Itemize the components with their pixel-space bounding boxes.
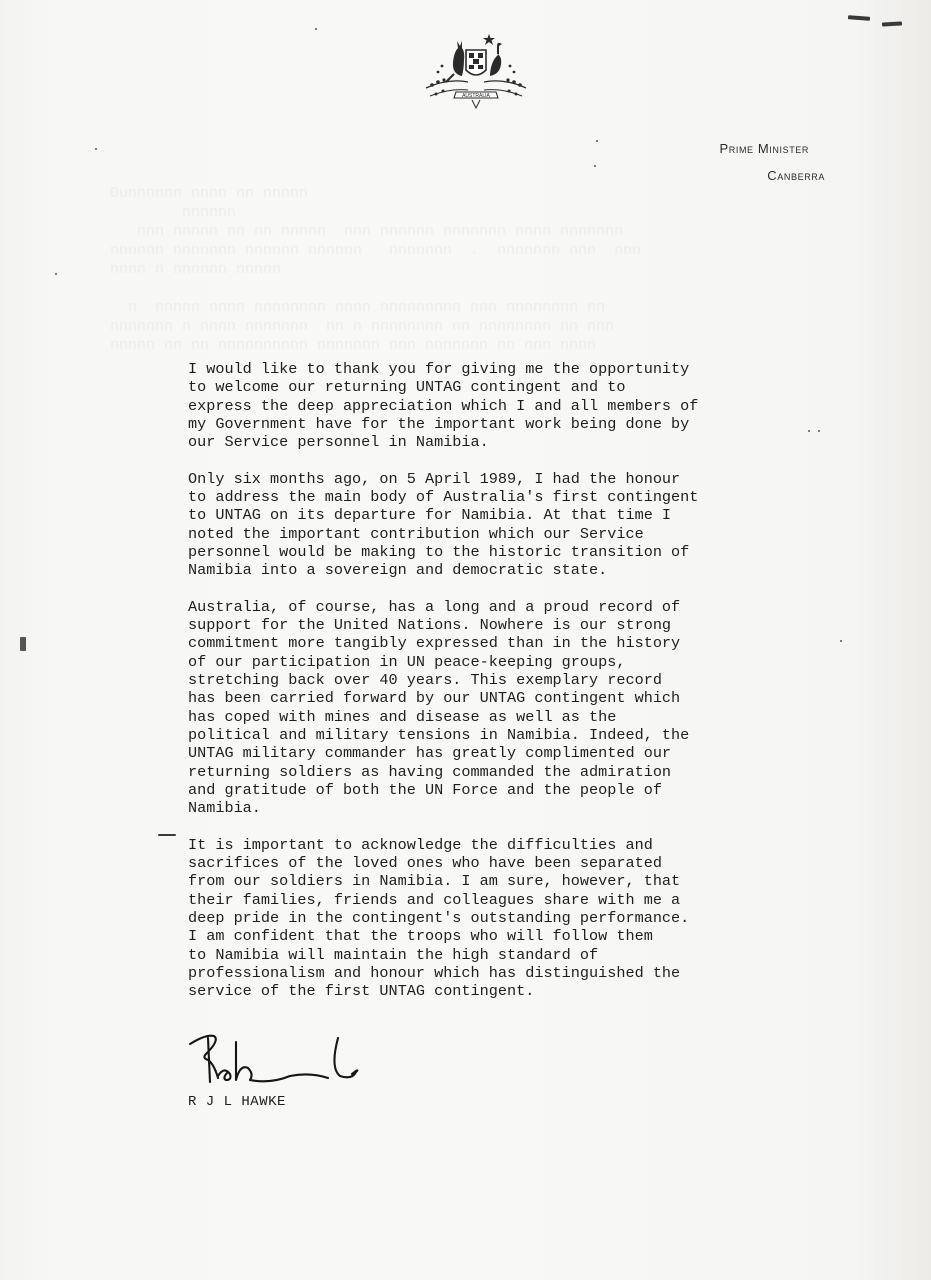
- punch-mark: [20, 637, 26, 651]
- speck: [840, 640, 842, 642]
- speck: [55, 273, 57, 275]
- paragraph-3: Australia, of course, has a long and a p…: [188, 598, 828, 818]
- handwritten-signature: [184, 1028, 384, 1098]
- svg-text:AUSTRALIA: AUSTRALIA: [462, 93, 490, 99]
- paragraph-1: I would like to thank you for giving me …: [188, 360, 828, 451]
- speck: [315, 28, 317, 30]
- paragraph-2: Only six months ago, on 5 April 1989, I …: [188, 470, 828, 580]
- paragraph-4: It is important to acknowledge the diffi…: [188, 836, 828, 1001]
- speck: [95, 148, 97, 150]
- coat-of-arms-icon: AUSTRALIA: [418, 30, 534, 110]
- letterhead-city: Canberra: [767, 168, 825, 183]
- letterhead-title: Prime Minister: [719, 141, 809, 156]
- staple-mark: [882, 21, 902, 26]
- speck: [596, 140, 598, 142]
- pen-mark: [158, 834, 176, 836]
- speck: [808, 430, 810, 432]
- show-through-text: Dunnnnnn nnnn nn nnnnn nnnnnn nnn nnnnn …: [110, 165, 830, 374]
- speck: [594, 165, 596, 167]
- signatory-name: R J L HAWKE: [188, 1094, 286, 1110]
- letter-page: Dunnnnnn nnnn nn nnnnn nnnnnn nnn nnnnn …: [0, 0, 931, 1280]
- letter-body: I would like to thank you for giving me …: [188, 360, 828, 1019]
- staple-mark: [848, 15, 870, 21]
- speck: [818, 430, 820, 432]
